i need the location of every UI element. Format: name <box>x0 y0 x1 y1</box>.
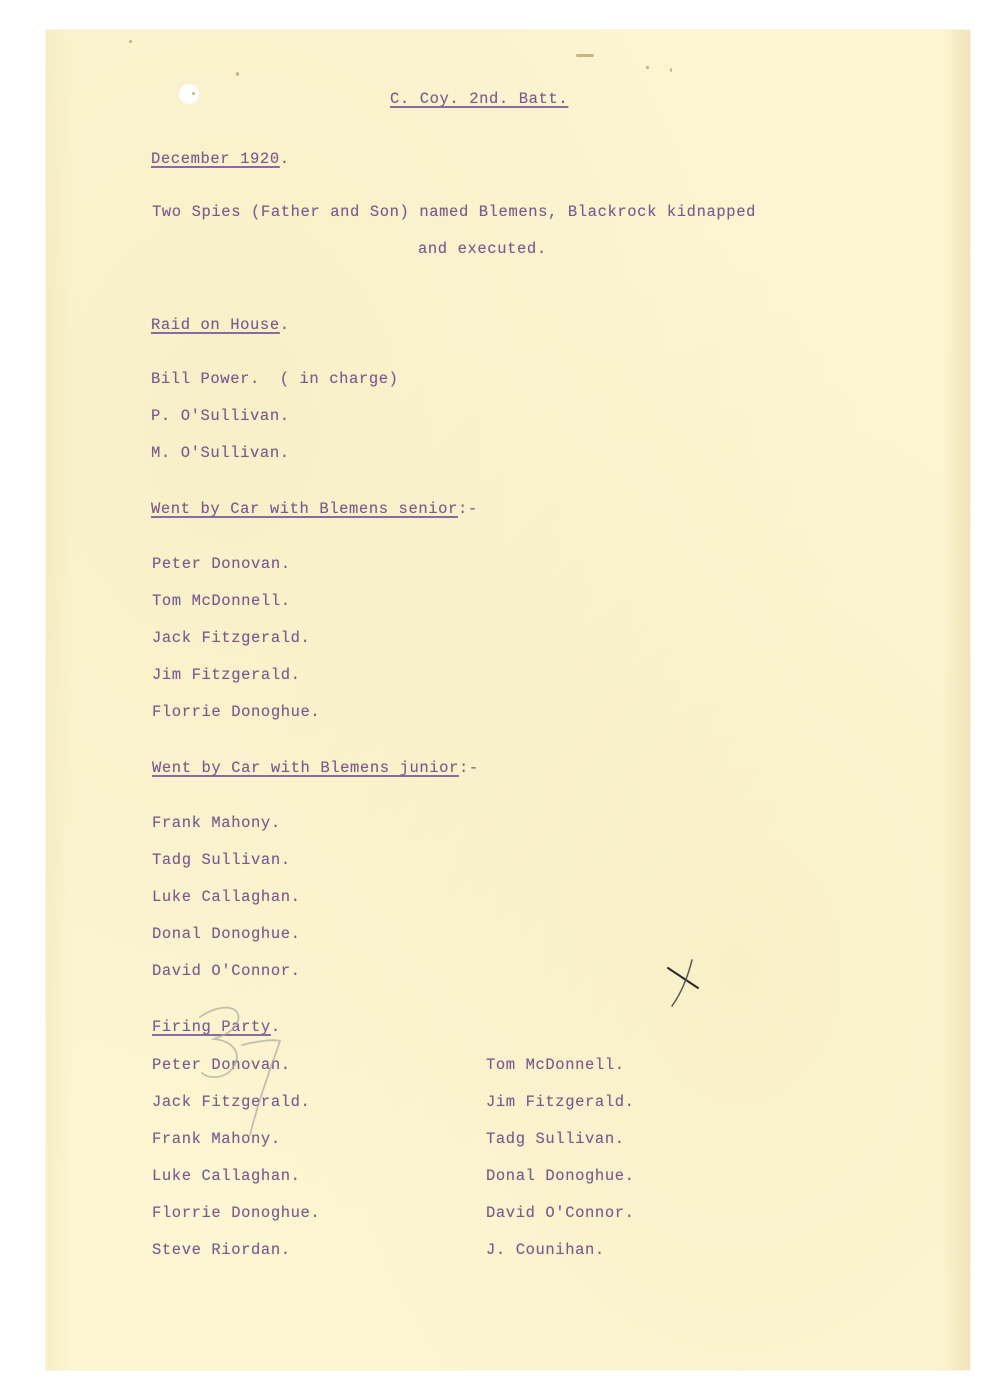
member-name: Tom McDonnell. <box>152 592 291 610</box>
member-name: Florrie Donoghue. <box>152 703 320 721</box>
heading-suffix: :- <box>458 500 478 518</box>
firing-party-right: Tadg Sullivan. <box>486 1130 625 1148</box>
summary-line-2: and executed. <box>418 240 547 258</box>
punch-hole <box>179 84 199 104</box>
heading-text: Raid on House <box>151 316 280 334</box>
paper-speck <box>129 40 132 43</box>
firing-party-right: Tom McDonnell. <box>486 1056 625 1074</box>
section-heading-firing-party: Firing Party. <box>152 1018 281 1036</box>
firing-party-right: Jim Fitzgerald. <box>486 1093 635 1111</box>
member-name: P. O'Sullivan. <box>151 407 290 425</box>
firing-party-right: J. Counihan. <box>486 1241 605 1259</box>
heading-text: Went by Car with Blemens junior <box>152 759 459 777</box>
firing-party-left: Steve Riordan. <box>152 1241 291 1259</box>
summary-line-1: Two Spies (Father and Son) named Blemens… <box>152 203 756 221</box>
firing-party-left: Luke Callaghan. <box>152 1167 301 1185</box>
firing-party-left: Peter Donovan. <box>152 1056 291 1074</box>
paper-speck <box>576 54 594 57</box>
heading-text: Firing Party <box>152 1018 271 1036</box>
member-name: Frank Mahony. <box>152 814 281 832</box>
member-name: Tadg Sullivan. <box>152 851 291 869</box>
paper-speck <box>670 68 672 72</box>
member-name: Jack Fitzgerald. <box>152 629 310 647</box>
firing-party-left: Florrie Donoghue. <box>152 1204 320 1222</box>
heading-text: Went by Car with Blemens senior <box>151 500 458 518</box>
paper-speck <box>236 72 239 76</box>
paper-speck <box>192 92 195 95</box>
firing-party-right: David O'Connor. <box>486 1204 635 1222</box>
document-title: C. Coy. 2nd. Batt. <box>390 90 568 108</box>
paper-speck <box>646 66 649 69</box>
date-text: December 1920 <box>151 150 280 168</box>
member-name: Bill Power. ( in charge) <box>151 370 399 388</box>
heading-suffix: :- <box>459 759 479 777</box>
firing-party-left: Jack Fitzgerald. <box>152 1093 310 1111</box>
member-name: Luke Callaghan. <box>152 888 301 906</box>
heading-suffix: . <box>280 316 290 334</box>
firing-party-left: Frank Mahony. <box>152 1130 281 1148</box>
section-heading-raid: Raid on House. <box>151 316 290 334</box>
section-heading-junior: Went by Car with Blemens junior:- <box>152 759 479 777</box>
document-date: December 1920. <box>151 150 290 168</box>
member-name: Jim Fitzgerald. <box>152 666 301 684</box>
member-name: M. O'Sullivan. <box>151 444 290 462</box>
member-name: Donal Donoghue. <box>152 925 301 943</box>
member-name: Peter Donovan. <box>152 555 291 573</box>
firing-party-right: Donal Donoghue. <box>486 1167 635 1185</box>
member-name: David O'Connor. <box>152 962 301 980</box>
heading-suffix: . <box>271 1018 281 1036</box>
date-suffix: . <box>280 150 290 168</box>
section-heading-senior: Went by Car with Blemens senior:- <box>151 500 478 518</box>
